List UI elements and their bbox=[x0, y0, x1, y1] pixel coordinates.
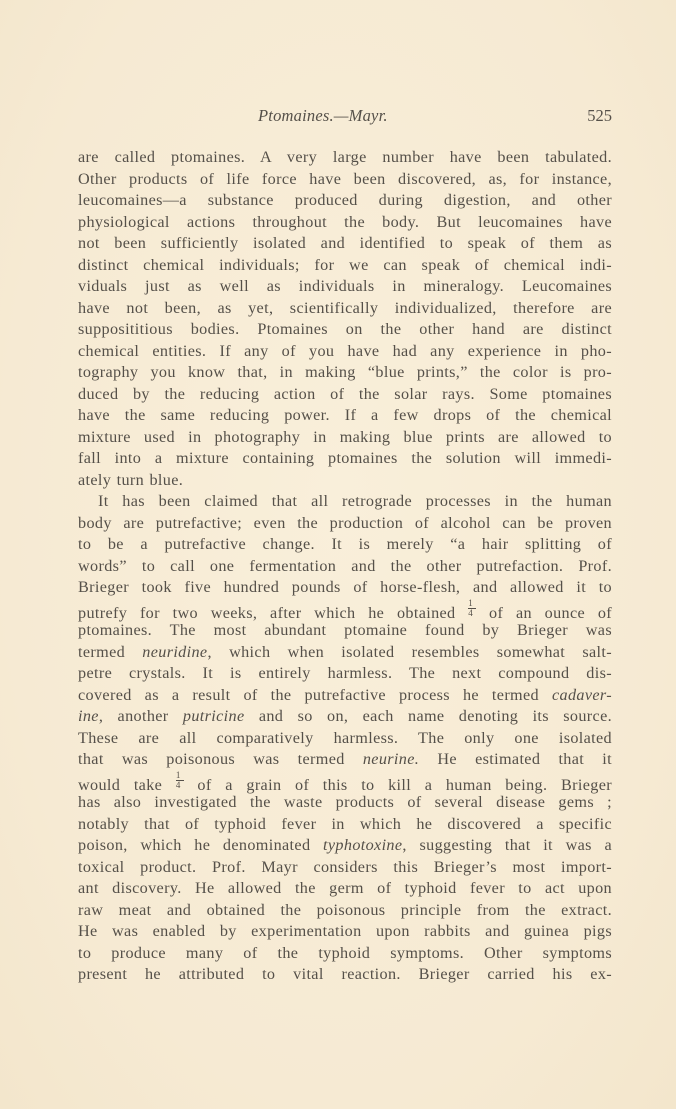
text-line: Brieger took five hundred pounds of hors… bbox=[78, 577, 612, 599]
text-line: putrefy for two weeks, after which he ob… bbox=[78, 599, 612, 621]
text-line: tography you know that, in making “blue … bbox=[78, 362, 612, 384]
text-line: Other products of life force have been d… bbox=[78, 169, 612, 191]
page-number: 525 bbox=[587, 106, 612, 126]
text-line: has also investigated the waste products… bbox=[78, 792, 612, 814]
text-line: He was enabled by experimentation upon r… bbox=[78, 921, 612, 943]
text-line: not been sufficiently isolated and ident… bbox=[78, 233, 612, 255]
running-head: Ptomaines.—Mayr. 525 bbox=[78, 106, 612, 128]
text-line: to produce many of the typhoid symptoms.… bbox=[78, 943, 612, 965]
text-line: leucomaines—a substance produced during … bbox=[78, 190, 612, 212]
book-page: Ptomaines.—Mayr. 525 are called ptomaine… bbox=[0, 0, 676, 1109]
fraction: 14 bbox=[468, 599, 476, 618]
text-line: poison, which he denominated typhotoxine… bbox=[78, 835, 612, 857]
paragraph: It has been claimed that all retrograde … bbox=[78, 491, 612, 986]
text-line: raw meat and obtained the poisonous prin… bbox=[78, 900, 612, 922]
italic-term: cadaver- bbox=[552, 686, 612, 704]
text-line: ine, another putricine and so on, each n… bbox=[78, 706, 612, 728]
text-line: supposititious bodies. Ptomaines on the … bbox=[78, 319, 612, 341]
text-line: physiological actions throughout the bod… bbox=[78, 212, 612, 234]
italic-term: typhotoxine bbox=[323, 836, 402, 854]
text-line: have not been, as yet, scientifically in… bbox=[78, 298, 612, 320]
text-line: toxical product. Prof. Mayr considers th… bbox=[78, 857, 612, 879]
paragraph: are called ptomaines. A very large numbe… bbox=[78, 147, 612, 491]
running-title: Ptomaines.—Mayr. bbox=[258, 106, 388, 126]
text-line: are called ptomaines. A very large numbe… bbox=[78, 147, 612, 169]
italic-term: neurine. bbox=[363, 750, 419, 768]
text-line: chemical entities. If any of you have ha… bbox=[78, 341, 612, 363]
text-line: distinct chemical individuals; for we ca… bbox=[78, 255, 612, 277]
text-line: words” to call one fermentation and the … bbox=[78, 556, 612, 578]
text-line: notably that of typhoid fever in which h… bbox=[78, 814, 612, 836]
text-line: have the same reducing power. If a few d… bbox=[78, 405, 612, 427]
text-line: termed neuridine, which when isolated re… bbox=[78, 642, 612, 664]
text-line: petre crystals. It is entirely harmless.… bbox=[78, 663, 612, 685]
italic-term: putricine bbox=[183, 707, 245, 725]
text-line: It has been claimed that all retrograde … bbox=[78, 491, 612, 513]
text-line: would take 14 of a grain of this to kill… bbox=[78, 771, 612, 793]
text-line: viduals just as well as individuals in m… bbox=[78, 276, 612, 298]
italic-term: ine bbox=[78, 707, 99, 725]
text-line: covered as a result of the putrefactive … bbox=[78, 685, 612, 707]
text-line: mixture used in photography in making bl… bbox=[78, 427, 612, 449]
text-line: present he attributed to vital reaction.… bbox=[78, 964, 612, 986]
fraction: 14 bbox=[176, 771, 184, 790]
text-line: ant discovery. He allowed the germ of ty… bbox=[78, 878, 612, 900]
text-line: to be a putrefactive change. It is merel… bbox=[78, 534, 612, 556]
text-line: duced by the reducing action of the sola… bbox=[78, 384, 612, 406]
body-text: are called ptomaines. A very large numbe… bbox=[78, 147, 612, 986]
text-line: that was poisonous was termed neurine. H… bbox=[78, 749, 612, 771]
text-line: These are all comparatively harmless. Th… bbox=[78, 728, 612, 750]
text-line: ately turn blue. bbox=[78, 470, 612, 492]
italic-term: neuridine bbox=[142, 643, 207, 661]
text-line: body are putrefactive; even the producti… bbox=[78, 513, 612, 535]
text-line: ptomaines. The most abundant ptomaine fo… bbox=[78, 620, 612, 642]
text-line: fall into a mixture containing ptomaines… bbox=[78, 448, 612, 470]
